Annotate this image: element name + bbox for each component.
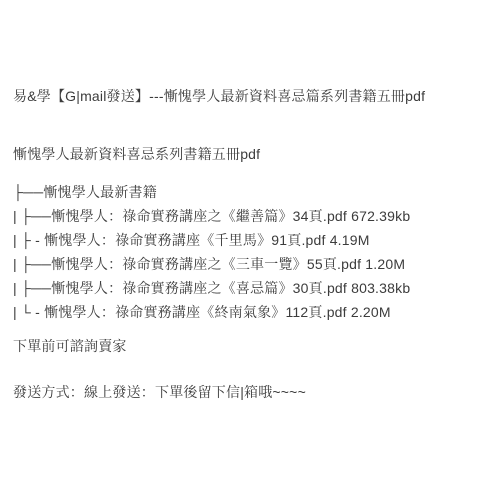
file-tree-item-3: | ├──慚愧學人：祿命實務講座之《三車一覽》55頁.pdf 1.20M [13,252,478,276]
seller-note: 下單前可諮詢賣家 [13,338,478,354]
product-description-page: 易&學【G|mail發送】---慚愧學人最新資料喜忌篇系列書籍五冊pdf 慚愧學… [0,0,492,492]
delivery-method: 發送方式：線上發送：下單後留下信|箱哦~~~~ [13,384,478,400]
listing-subtitle: 慚愧學人最新資料喜忌系列書籍五冊pdf [13,146,478,162]
file-tree-item-1: | ├──慚愧學人：祿命實務講座之《繼善篇》34頁.pdf 672.39kb [13,204,478,228]
file-tree-item-5: | └ - 慚愧學人：祿命實務講座《終南氣象》112頁.pdf 2.20M [13,300,478,324]
file-tree-root: ├──慚愧學人最新書籍 [13,180,478,204]
file-tree: ├──慚愧學人最新書籍 | ├──慚愧學人：祿命實務講座之《繼善篇》34頁.pd… [13,180,478,324]
file-tree-item-4: | ├──慚愧學人：祿命實務講座之《喜忌篇》30頁.pdf 803.38kb [13,276,478,300]
listing-title: 易&學【G|mail發送】---慚愧學人最新資料喜忌篇系列書籍五冊pdf [13,88,478,104]
file-tree-item-2: | ├ - 慚愧學人：祿命實務講座《千里馬》91頁.pdf 4.19M [13,228,478,252]
